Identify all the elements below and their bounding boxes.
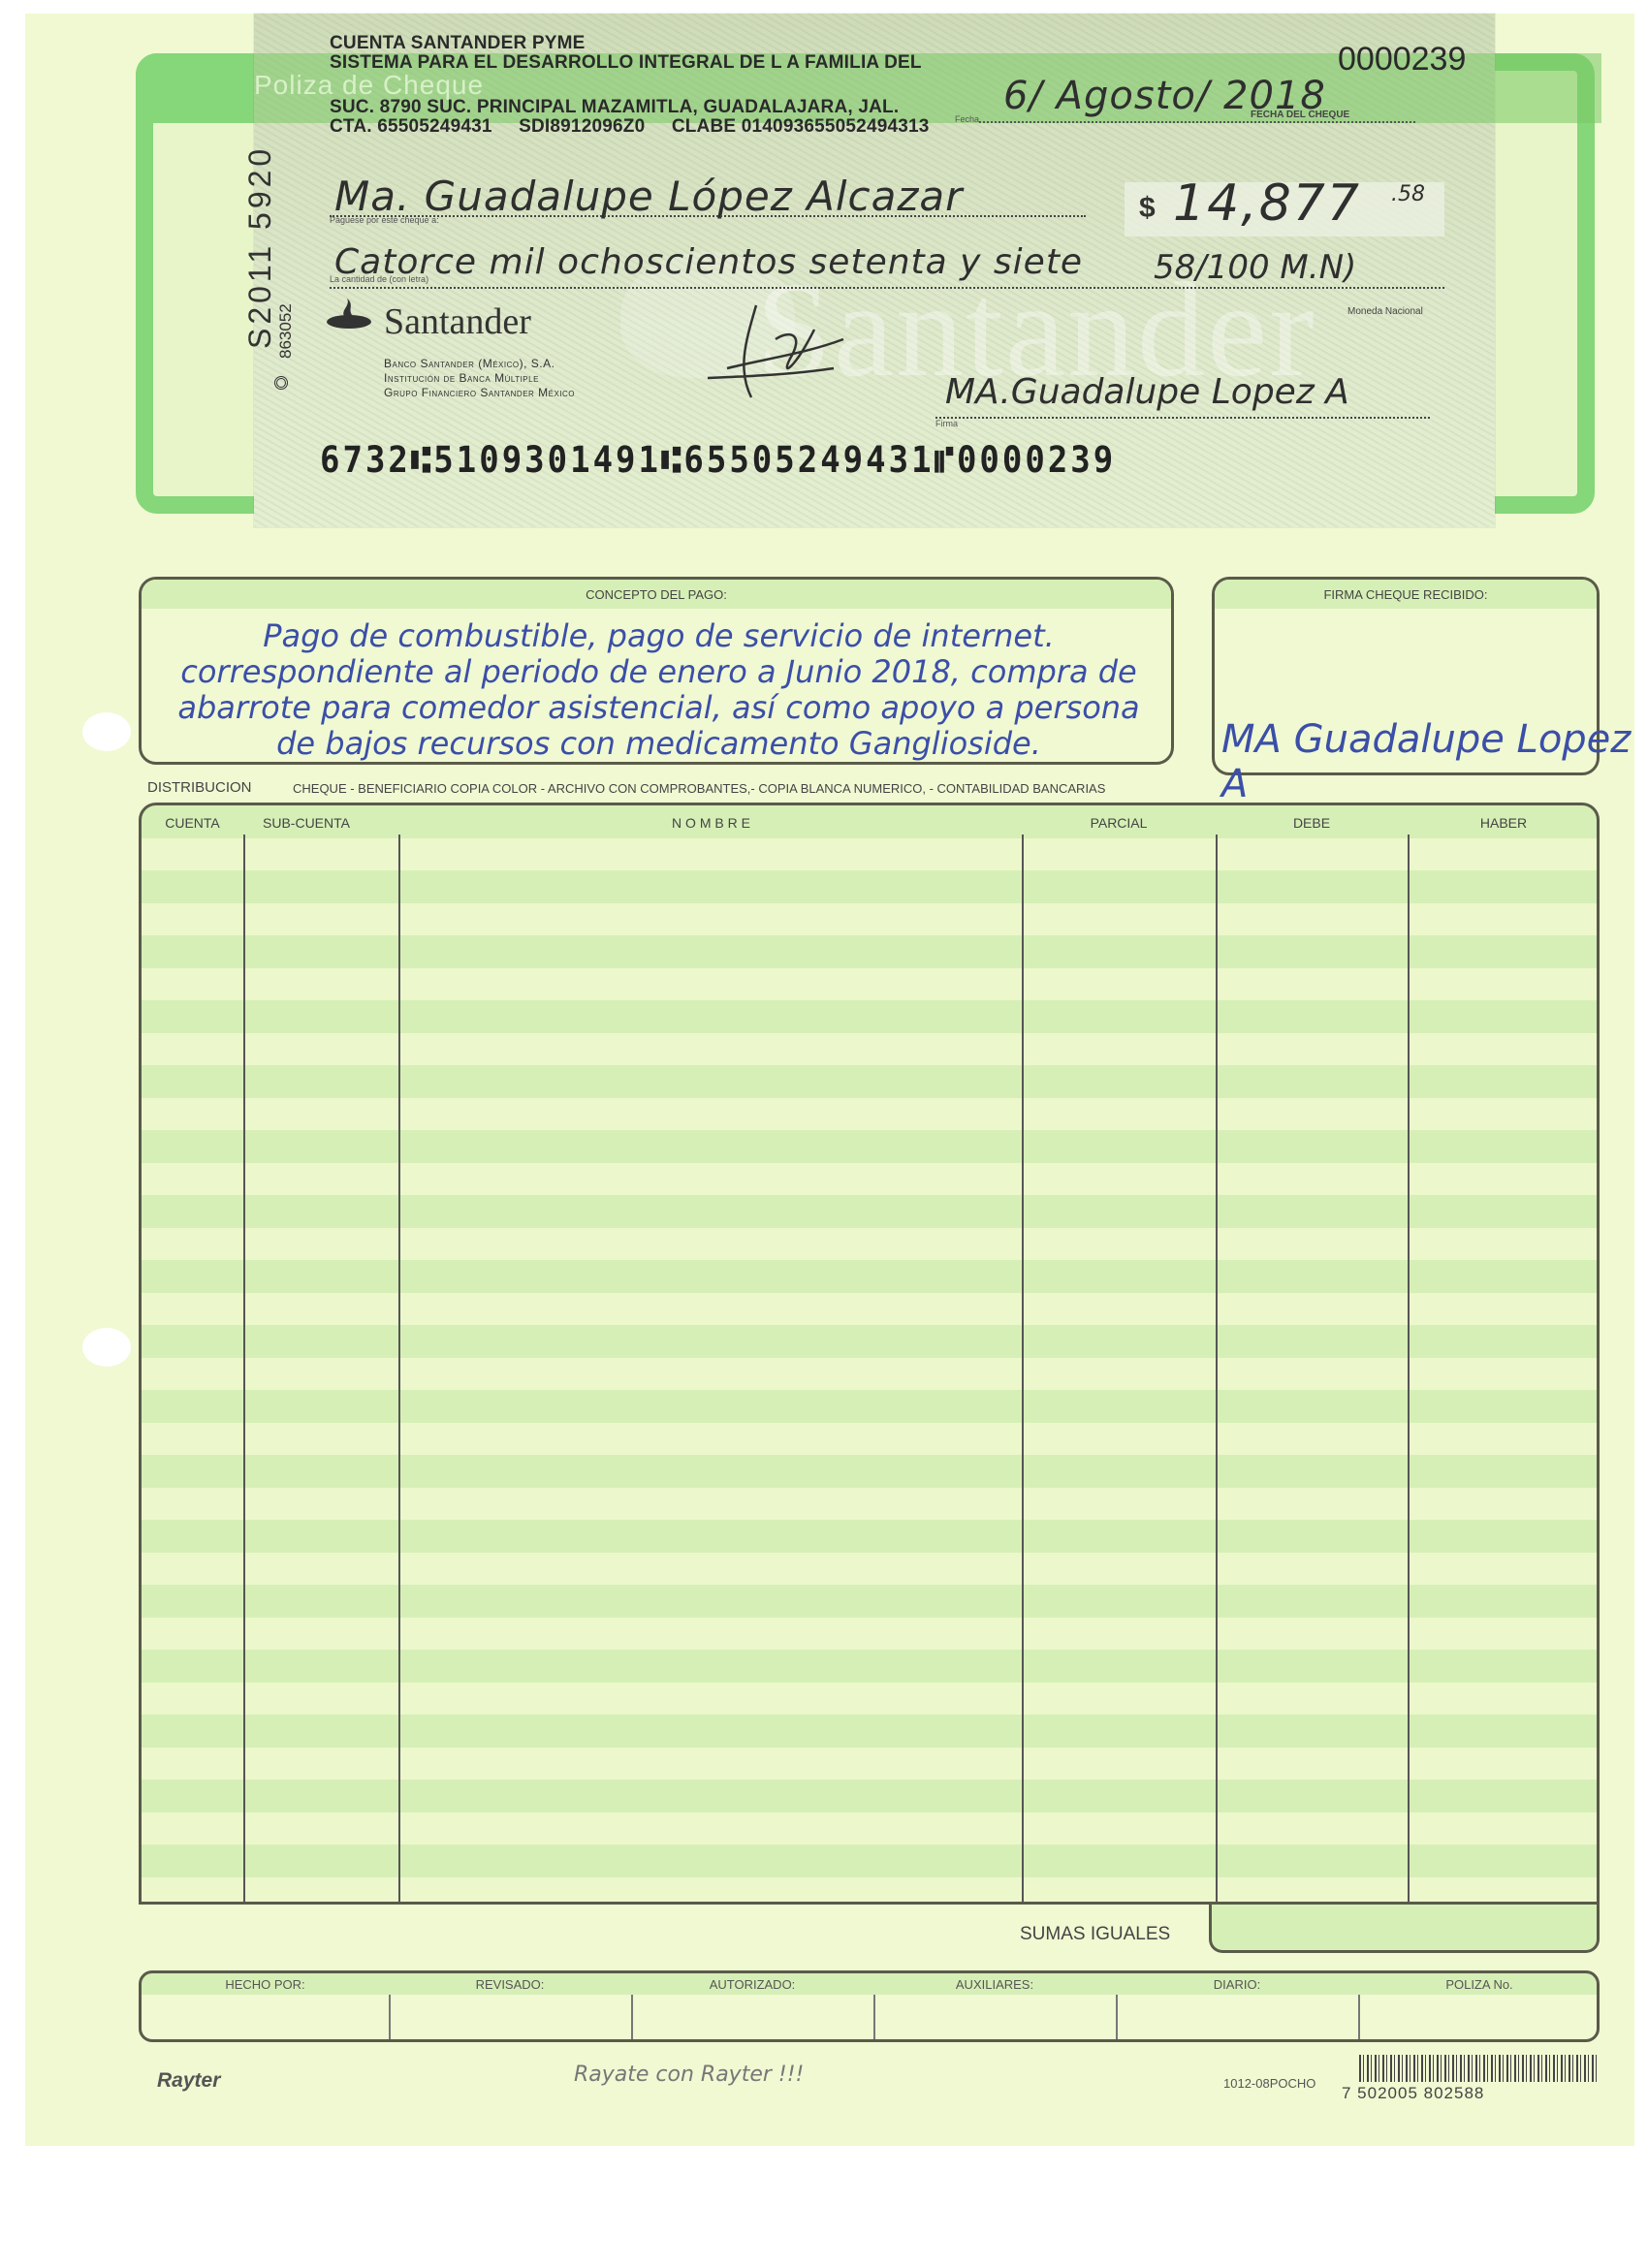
- security-fingerprint-icon: [274, 376, 288, 390]
- distribucion-detail: CHEQUE - BENEFICIARIO COPIA COLOR - ARCH…: [293, 781, 1105, 796]
- barcode-icon: [1359, 2055, 1600, 2082]
- clabe: CLABE 014093655052494313: [672, 116, 930, 137]
- col-cuenta: CUENTA: [142, 815, 243, 831]
- firma-label: Firma: [935, 419, 958, 428]
- bank-name: Santander: [384, 300, 531, 343]
- payee-label: Páguese por este cheque a:: [330, 215, 439, 225]
- account-ids: CTA. 65505249431 SDI8912096Z0 CLABE 0140…: [330, 116, 951, 138]
- punch-hole: [82, 1328, 131, 1367]
- revisado-label: REVISADO:: [389, 1977, 631, 1992]
- fecha-label: Fecha: [955, 114, 979, 124]
- serial-vertical: S2011 5920: [242, 145, 278, 349]
- branch: SUC. 8790 SUC. PRINCIPAL MAZAMITLA, GUAD…: [330, 97, 899, 118]
- barcode-number: 7 502005 802588: [1338, 2084, 1488, 2103]
- footer-slogan: Rayate con Rayter !!!: [574, 2063, 804, 2087]
- words-line: [330, 287, 1444, 289]
- sumas-iguales-box: [1209, 1905, 1600, 1953]
- col-debe: DEBE: [1216, 815, 1408, 831]
- firma-value: MA.Guadalupe Lopez A: [945, 372, 1349, 412]
- col-divider: [243, 835, 245, 1902]
- words-label: La cantidad de (con letra): [330, 274, 428, 284]
- col-divider: [1022, 835, 1024, 1902]
- firma-line: [935, 417, 1430, 419]
- santander-flame-icon: [326, 297, 372, 330]
- firma-cheque-signature: MA Guadalupe Lopez A: [1221, 717, 1648, 806]
- concepto-text: Pago de combustible, pago de servicio de…: [166, 618, 1152, 762]
- sumas-iguales-label: SUMAS IGUALES: [1020, 1924, 1170, 1945]
- diario-label: DIARIO:: [1116, 1977, 1358, 1992]
- concepto-box: CONCEPTO DEL PAGO: Pago de combustible, …: [139, 577, 1174, 765]
- autorizado-label: AUTORIZADO:: [631, 1977, 873, 1992]
- check-number: 0000239: [1338, 41, 1466, 79]
- amount-words: Catorce mil ochoscientos setenta y siete: [334, 242, 1083, 282]
- amount-cents: .58: [1391, 182, 1425, 206]
- concepto-label: CONCEPTO DEL PAGO:: [142, 587, 1171, 602]
- amount-value: 14,877: [1173, 174, 1361, 233]
- form-code: 1012-08POCHO: [1223, 2076, 1315, 2091]
- auxiliares-label: AUXILIARES:: [873, 1977, 1116, 1992]
- firma-cheque-label: FIRMA CHEQUE RECIBIDO:: [1215, 587, 1597, 602]
- amount-words-cents: 58/100 M.N): [1154, 248, 1356, 287]
- col-haber: HABER: [1408, 815, 1600, 831]
- payee-value: Ma. Guadalupe López Alcazar: [334, 173, 963, 220]
- bank-lines: Banco Santander (México), S.A. Instituci…: [384, 357, 575, 400]
- serial-small: 863052: [276, 303, 296, 359]
- col-divider: [1408, 835, 1410, 1902]
- col-divider: [1216, 835, 1218, 1902]
- account-holder: SISTEMA PARA EL DESARROLLO INTEGRAL DE L…: [330, 52, 922, 74]
- poliza-no-label: POLIZA No.: [1358, 1977, 1600, 1992]
- rfc: SDI8912096Z0: [519, 116, 645, 137]
- col-nombre: N O M B R E: [398, 815, 1024, 831]
- col-sub-cuenta: SUB-CUENTA: [243, 815, 369, 831]
- bank-line: Banco Santander (México), S.A.: [384, 357, 575, 371]
- col-parcial: PARCIAL: [1022, 815, 1216, 831]
- bank-line: Institución de Banca Múltiple: [384, 371, 575, 386]
- punch-hole: [82, 712, 131, 751]
- signoff-row: HECHO POR: REVISADO: AUTORIZADO: AUXILIA…: [139, 1970, 1600, 2042]
- col-divider: [398, 835, 400, 1902]
- fecha-line: [979, 121, 1415, 123]
- payee-line: [330, 215, 1086, 217]
- hecho-por-label: HECHO POR:: [142, 1977, 389, 1992]
- currency-symbol: $: [1139, 192, 1156, 225]
- distribucion-label: DISTRIBUCION: [147, 779, 252, 796]
- cta: CTA. 65505249431: [330, 116, 492, 137]
- rayter-logo: Rayter: [157, 2069, 220, 2093]
- moneda-label: Moneda Nacional: [1347, 306, 1423, 317]
- ledger-table: CUENTA SUB-CUENTA N O M B R E PARCIAL DE…: [139, 803, 1600, 1905]
- fecha-value: 6/ Agosto/ 2018: [1003, 74, 1326, 118]
- account-type: CUENTA SANTANDER PYME: [330, 33, 586, 54]
- drawer-signature: [698, 300, 863, 407]
- micr-line: 6732⑆5109301491⑆65505249431⑈0000239: [320, 439, 1116, 482]
- bank-line: Grupo Financiero Santander México: [384, 386, 575, 400]
